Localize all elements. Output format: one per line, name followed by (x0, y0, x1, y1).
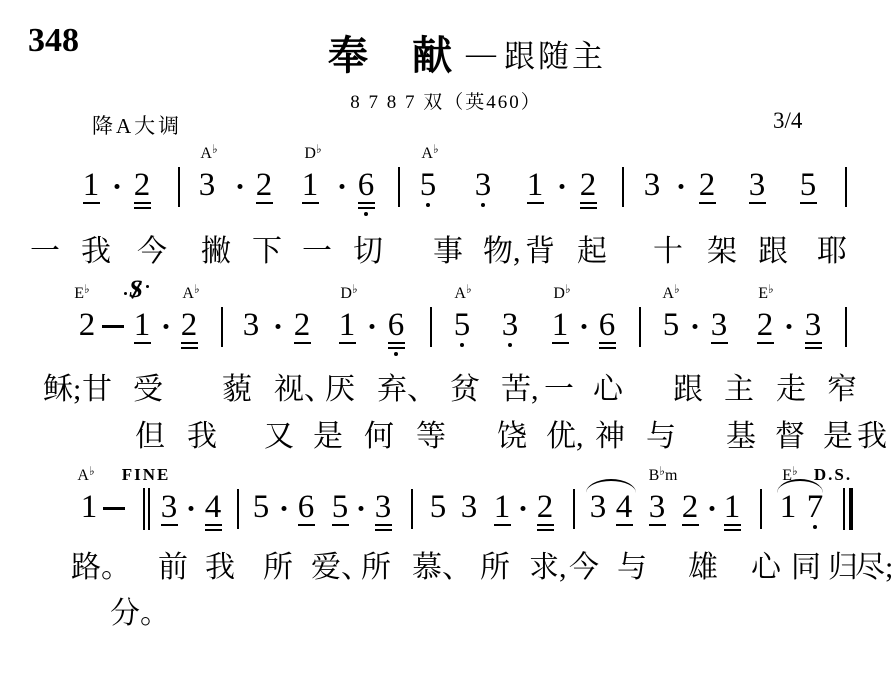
lyric-syllable: 所 (263, 552, 293, 584)
hymn-title: 奉 献 (328, 24, 454, 81)
rhythm-dot (582, 324, 587, 329)
lyric-syllable: 耶 (817, 236, 847, 268)
rhythm-dot (710, 506, 715, 511)
note-3: 3 (473, 170, 493, 207)
segno-icon: S (126, 277, 146, 305)
lyric-syllable: 但 (135, 421, 165, 453)
lyric-syllable: 撇 (201, 236, 231, 268)
flat-icon: ♭ (674, 282, 680, 296)
chord-symbol: D♭ (304, 146, 321, 162)
note-3: 3 (241, 310, 261, 340)
note-digit: 5 (251, 492, 271, 522)
note-5: 5 (428, 492, 448, 522)
note-6: 6 (386, 310, 406, 356)
lyric-syllable: 我 (205, 552, 235, 584)
note-3: 3 (459, 492, 479, 522)
flat-icon: ♭ (316, 142, 322, 156)
rhythm-dot (340, 184, 345, 189)
note-digit: 5 (428, 492, 448, 522)
key-signature: 降A大调 (92, 110, 182, 140)
chord-symbol: A♭ (421, 146, 438, 162)
lyric-syllable: 同 (791, 552, 821, 584)
barline (760, 489, 762, 529)
lyric-syllable: 一 (302, 236, 332, 268)
note-digit: 3 (159, 492, 179, 522)
rhythm-dot (679, 184, 684, 189)
note-digit: 2 (77, 310, 97, 340)
note-6: 6 (296, 492, 316, 526)
extension-dash (102, 325, 124, 328)
chord-symbol: A♭ (200, 146, 217, 162)
note-3: 3 (647, 492, 667, 526)
lyric-syllable: 所 (480, 552, 510, 584)
note-2: 2 (680, 492, 700, 526)
note-digit: 3 (747, 170, 767, 200)
lyric-syllable: 与 (646, 421, 676, 453)
note-2: 2 (77, 310, 97, 340)
note-digit: 2 (680, 492, 700, 522)
chord-symbol: B♭m (649, 468, 678, 484)
note-5: 5 (661, 310, 681, 340)
note-digit: 2 (132, 170, 152, 200)
lyric-syllable: 求, (529, 552, 567, 584)
note-6: 6 (597, 310, 617, 349)
note-2: 2 (578, 170, 598, 209)
note-5: 5 (330, 492, 350, 526)
dal-segno-mark: D.S. (814, 467, 852, 483)
note-4: 4 (614, 492, 634, 526)
duration-underline (580, 207, 597, 209)
lyric-syllable: 十 (653, 236, 683, 268)
note-1: 1 (132, 310, 152, 344)
note-6: 6 (356, 170, 376, 216)
duration-underline (181, 347, 198, 349)
note-digit: 4 (203, 492, 223, 522)
lyric-syllable: 尽; (855, 552, 892, 584)
note-digit: 2 (292, 310, 312, 340)
note-digit: 2 (179, 310, 199, 340)
note-digit: 3 (241, 310, 261, 340)
final-barline (843, 488, 854, 530)
low-octave-dot (460, 343, 464, 347)
note-digit: 3 (373, 492, 393, 522)
note-digit: 3 (803, 310, 823, 340)
note-digit: 3 (197, 170, 217, 200)
flat-icon: ♭ (352, 282, 358, 296)
flat-icon: ♭ (89, 464, 95, 478)
flat-icon: ♭ (768, 282, 774, 296)
duration-underline (388, 347, 405, 349)
note-digit: 2 (697, 170, 717, 200)
note-3: 3 (803, 310, 823, 349)
rhythm-dot (560, 184, 565, 189)
note-1: 1 (300, 170, 320, 204)
chord-symbol: A♭ (182, 286, 199, 302)
note-1: 1 (525, 170, 545, 204)
lyric-syllable: 优, (546, 421, 584, 453)
note-digit: 2 (254, 170, 274, 200)
barline (430, 307, 432, 347)
lyric-syllable: 起 (577, 236, 607, 268)
lyric-syllable: 分。 (110, 598, 170, 630)
flat-icon: ♭ (792, 464, 798, 478)
note-digit: 3 (709, 310, 729, 340)
rhythm-dot (282, 506, 287, 511)
duration-underline (599, 347, 616, 349)
flat-icon: ♭ (659, 464, 665, 478)
rhythm-dot (370, 324, 375, 329)
note-5: 5 (798, 170, 818, 204)
title-dash: — (466, 37, 496, 71)
duration-underline (724, 529, 741, 531)
low-octave-dot (426, 203, 430, 207)
note-5: 5 (251, 492, 271, 522)
chord-symbol: A♭ (662, 286, 679, 302)
lyric-syllable: 我 (81, 236, 111, 268)
note-digit: 7 (805, 492, 825, 522)
barline (178, 167, 180, 207)
note-2: 2 (132, 170, 152, 209)
low-octave-dot (481, 203, 485, 207)
note-digit: 6 (386, 310, 406, 340)
low-octave-dot (364, 212, 368, 216)
barline (622, 167, 624, 207)
lyric-line: 分。 (0, 598, 892, 632)
note-digit: 5 (452, 310, 472, 340)
lyric-syllable: 今 (569, 552, 599, 584)
note-digit: 6 (296, 492, 316, 522)
note-1: 1 (337, 310, 357, 344)
low-octave-dot (813, 525, 817, 529)
note-1: 1 (778, 492, 798, 522)
lyric-line: 但我又是何等饶优,神与基督是我 (0, 421, 892, 455)
note-2: 2 (254, 170, 274, 204)
note-digit: 3 (647, 492, 667, 522)
note-1: 1 (79, 492, 99, 522)
note-digit: 6 (356, 170, 376, 200)
rhythm-dot (521, 506, 526, 511)
chord-symbol: A♭ (77, 468, 94, 484)
note-digit: 3 (459, 492, 479, 522)
lyric-syllable: 饶 (497, 421, 527, 453)
duration-underline (375, 529, 392, 531)
note-1: 1 (81, 170, 101, 204)
lyric-syllable: 切 (353, 236, 383, 268)
note-digit: 1 (778, 492, 798, 522)
flat-icon: ♭ (212, 142, 218, 156)
lyric-syllable: 跟 (673, 374, 703, 406)
note-digit: 1 (132, 310, 152, 340)
lyric-syllable: 一 (544, 374, 574, 406)
rhythm-dot (787, 324, 792, 329)
extension-dash (103, 507, 125, 510)
lyric-syllable: 物, (483, 236, 521, 268)
hymn-number: 348 (28, 22, 79, 60)
lyric-syllable: 路。 (71, 552, 131, 584)
duration-underline (205, 529, 222, 531)
lyric-syllable: 是 (313, 421, 343, 453)
flat-icon: ♭ (194, 282, 200, 296)
barline (573, 489, 575, 529)
lyric-syllable: 架 (707, 236, 737, 268)
lyric-syllable: 我 (187, 421, 217, 453)
lyric-syllable: 心 (751, 552, 781, 584)
lyric-syllable: 雄 (688, 552, 718, 584)
fine-mark: FINE (122, 467, 171, 483)
barline (221, 307, 223, 347)
hymn-subtitle: 跟随主 (504, 31, 606, 76)
note-digit: 5 (661, 310, 681, 340)
lyric-line: 路。前我所爱、所慕、所求,今与雄心同归尽; (0, 552, 892, 586)
lyric-syllable: 稣; (43, 374, 81, 406)
lyric-syllable: 基 (726, 421, 756, 453)
barline (845, 167, 847, 207)
duration-underline (134, 207, 151, 209)
note-digit: 4 (614, 492, 634, 522)
flat-icon: ♭ (433, 142, 439, 156)
note-7: 7 (805, 492, 825, 529)
lyric-line: 稣;甘受藐视、厌弃、贫苦,一心跟主走窄 (0, 374, 892, 408)
chord-symbol: D♭ (340, 286, 357, 302)
music-line: E♭2S1A♭232D♭16A♭53D♭16A♭53E♭23 (0, 310, 892, 370)
note-5: 5 (418, 170, 438, 207)
duration-underline (805, 347, 822, 349)
lyric-syllable: 归 (828, 552, 858, 584)
note-digit: 1 (550, 310, 570, 340)
low-octave-dot (394, 352, 398, 356)
lyric-syllable: 前 (158, 552, 188, 584)
note-digit: 1 (525, 170, 545, 200)
lyric-syllable: 厌 (325, 374, 355, 406)
lyric-syllable: 弃、 (377, 374, 437, 406)
lyric-syllable: 受 (133, 374, 163, 406)
note-digit: 2 (535, 492, 555, 522)
lyric-syllable: 主 (724, 374, 754, 406)
rhythm-dot (189, 506, 194, 511)
lyric-syllable: 督 (775, 421, 805, 453)
rhythm-dot (693, 324, 698, 329)
music-line: 12A♭32D♭16A♭53123235 (0, 170, 892, 230)
note-5: 5 (452, 310, 472, 347)
lyric-syllable: 等 (416, 421, 446, 453)
barline (237, 489, 239, 529)
duration-underline (537, 529, 554, 531)
lyric-syllable: 下 (252, 236, 282, 268)
lyric-syllable: 我 (857, 421, 887, 453)
barline (639, 307, 641, 347)
rhythm-dot (115, 184, 120, 189)
duration-underline (358, 207, 375, 209)
flat-icon: ♭ (84, 282, 90, 296)
note-3: 3 (747, 170, 767, 204)
lyric-syllable: 窄 (827, 374, 857, 406)
lyric-syllable: 藐 (222, 374, 252, 406)
lyric-syllable: 心 (593, 374, 623, 406)
lyric-syllable: 跟 (758, 236, 788, 268)
note-2: 2 (292, 310, 312, 344)
chord-symbol: A♭ (454, 286, 471, 302)
note-digit: 1 (722, 492, 742, 522)
note-digit: 5 (330, 492, 350, 522)
lyric-line: 一我今撇下一切事物,背起十架跟耶 (0, 236, 892, 270)
chord-symbol: D♭ (553, 286, 570, 302)
lyric-syllable: 神 (595, 421, 625, 453)
note-digit: 3 (473, 170, 493, 200)
flat-icon: ♭ (466, 282, 472, 296)
note-1: 1 (492, 492, 512, 526)
note-2: 2 (755, 310, 775, 344)
flat-icon: ♭ (565, 282, 571, 296)
note-digit: 3 (500, 310, 520, 340)
note-digit: 5 (418, 170, 438, 200)
note-3: 3 (159, 492, 179, 526)
lyric-syllable: 走 (776, 374, 806, 406)
note-3: 3 (197, 170, 217, 200)
barline (845, 307, 847, 347)
note-2: 2 (179, 310, 199, 349)
note-digit: 1 (492, 492, 512, 522)
lyric-syllable: 贫 (450, 374, 480, 406)
note-digit: 3 (588, 492, 608, 522)
note-2: 2 (535, 492, 555, 531)
note-4: 4 (203, 492, 223, 531)
note-digit: 1 (337, 310, 357, 340)
note-3: 3 (500, 310, 520, 347)
lyric-syllable: 何 (364, 421, 394, 453)
note-digit: 3 (642, 170, 662, 200)
lyric-syllable: 所 (361, 552, 391, 584)
barline (411, 489, 413, 529)
lyric-syllable: 甘 (82, 374, 112, 406)
note-digit: 1 (81, 170, 101, 200)
rhythm-dot (359, 506, 364, 511)
note-3: 3 (709, 310, 729, 344)
lyric-syllable: 背 (525, 236, 555, 268)
low-octave-dot (508, 343, 512, 347)
lyric-syllable: 今 (137, 236, 167, 268)
rhythm-dot (276, 324, 281, 329)
lyric-syllable: 是 (823, 421, 853, 453)
note-digit: 2 (578, 170, 598, 200)
note-2: 2 (697, 170, 717, 204)
lyric-syllable: 苦, (501, 374, 539, 406)
lyric-syllable: 事 (433, 236, 463, 268)
barline (398, 167, 400, 207)
music-line: A♭FINE1345653531234B♭m321E♭D.S.17 (0, 492, 892, 552)
rhythm-dot (238, 184, 243, 189)
hymn-sheet: 348 奉 献 — 跟随主 8 7 8 7 双（英460） 降A大调 3/4 1… (0, 0, 892, 674)
time-signature: 3/4 (773, 108, 802, 134)
note-1: 1 (722, 492, 742, 531)
note-3: 3 (373, 492, 393, 531)
chord-symbol: E♭ (74, 286, 89, 302)
note-digit: 1 (300, 170, 320, 200)
lyric-syllable: 与 (617, 552, 647, 584)
double-barline (143, 488, 151, 530)
chord-symbol: E♭ (758, 286, 773, 302)
note-digit: 2 (755, 310, 775, 340)
note-digit: 6 (597, 310, 617, 340)
note-1: 1 (550, 310, 570, 344)
lyric-syllable: 慕、 (412, 552, 472, 584)
note-digit: 5 (798, 170, 818, 200)
note-3: 3 (642, 170, 662, 200)
lyric-syllable: 又 (264, 421, 294, 453)
note-3: 3 (588, 492, 608, 522)
note-digit: 1 (79, 492, 99, 522)
lyric-syllable: 一 (30, 236, 60, 268)
title-row: 奉 献 — 跟随主 (328, 24, 606, 81)
rhythm-dot (164, 324, 169, 329)
